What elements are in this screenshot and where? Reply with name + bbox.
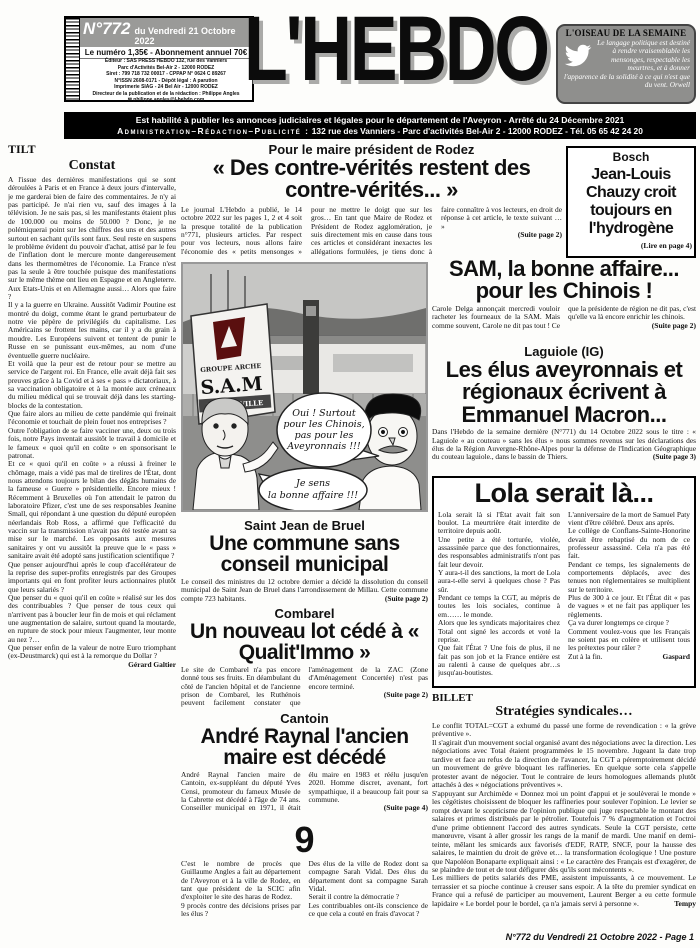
paragraph: Lola serait là si l'État avait fait son … — [438, 511, 560, 536]
page-footer: N°772 du Vendredi 21 Octobre 2022 - Page… — [506, 932, 694, 942]
paragraph: Le collège de Conflans-Sainte-Honorine d… — [568, 527, 690, 560]
bubble-line: Oui ! Surtout — [292, 408, 356, 419]
paragraph: Pendant ce temps la CGT, au mépris de to… — [438, 594, 560, 619]
laguiole-article: Laguiole (IG) Les élus aveyronnais et ré… — [432, 344, 696, 462]
article-kicker: Cantoin — [181, 711, 428, 726]
tilt-title: Constat — [8, 158, 176, 174]
article-body: Le conseil des ministres du 12 octobre d… — [181, 578, 428, 603]
billet-label: BILLET — [432, 692, 696, 704]
newspaper-front-page: N°772 du Vendredi 21 Octobre 2022 Le num… — [0, 0, 700, 948]
paragraph: Une petite a été torturée, violée, assas… — [438, 536, 560, 569]
paragraph: Plus de 300 à ce jour. Et l'État dit « p… — [568, 594, 690, 619]
continued-on-page: (Suite page 4) — [309, 804, 429, 813]
article-headline: Les élus aveyronnais et régionaux écrive… — [432, 359, 696, 426]
paragraph: Il s'agirait d'un mouvement social organ… — [432, 739, 696, 790]
article-body: Le site de Combarel n'a pas encore donné… — [181, 666, 428, 708]
cantoin-article: Cantoin André Raynal l'ancien maire est … — [181, 711, 428, 813]
bird-of-the-week-box: L'OISEAU DE LA SEMAINE Le langage politi… — [556, 24, 696, 104]
paragraph: Alors que les syndicats majoritaires che… — [438, 619, 560, 644]
paragraph: Les contribuables ont-ils conscience de … — [309, 902, 429, 919]
bubble-line: la bonne affaire !!! — [268, 490, 358, 501]
continued-on-page: (Suite page 2) — [441, 231, 562, 240]
article-kicker: Saint Jean de Bruel — [181, 518, 428, 533]
tilt-label: TILT — [8, 142, 176, 157]
newspaper-title: L'HEBDO — [244, 0, 548, 104]
article-kicker: Combarel — [181, 606, 428, 621]
paragraph: Que faire alors au milieu de cette pandé… — [8, 410, 176, 427]
legal-banner: Est habilité à publier les annonces judi… — [64, 112, 696, 139]
paragraph: 9 procès contre des décisions prises par… — [181, 902, 301, 919]
article-headline: André Raynal l'ancien maire est décédé — [181, 726, 428, 769]
article-kicker: Bosch — [570, 150, 692, 164]
big-number: 9 — [181, 822, 428, 858]
lola-article-box: Lola serait là... Lola serait là si l'Ét… — [432, 476, 696, 688]
tilt-editorial: TILT Constat A l'issue des dernières man… — [8, 142, 176, 942]
article-headline: SAM, la bonne affaire... pour les Chinoi… — [432, 258, 696, 303]
banner-contact-rest: 132 rue des Vanniers - Parc d'activités … — [312, 126, 643, 136]
issue-header: N°772 du Vendredi 21 Octobre 2022 — [80, 18, 252, 47]
billet-column: BILLET Stratégies syndicales… Le conflit… — [432, 692, 696, 908]
paragraph: Des élus de la ville de Rodez dont sa co… — [309, 860, 429, 893]
sam-article: SAM, la bonne affaire... pour les Chinoi… — [432, 258, 696, 330]
continued-on-page: (Suite page 3) — [653, 453, 696, 461]
paragraph: Que penser aujourd'hui après le coup d'a… — [8, 561, 176, 594]
bird-box-title: L'OISEAU DE LA SEMAINE — [562, 28, 690, 38]
issue-info: N°772 du Vendredi 21 Octobre 2022 Le num… — [80, 18, 252, 100]
paragraph: Zut à la fin. Gaspard — [568, 653, 690, 661]
paragraph: Et voilà que la peur est de retour pour … — [8, 360, 176, 410]
twitter-bird-icon — [562, 44, 592, 68]
nine-lawsuits-item: 9 C'est le nombre de procès que Guillaum… — [181, 822, 428, 919]
bubble-line: pas pour les — [295, 430, 354, 441]
read-on-page: (Lire en page 4) — [570, 241, 692, 250]
author-signature: Gaspard — [662, 653, 690, 661]
sam-factory-cartoon: GROUPE ARCHE S.A.M DECAZEVILLE — [181, 262, 428, 512]
article-body: C'est le nombre de procès que Guillaume … — [181, 860, 428, 919]
author-signature: Tempy — [674, 900, 696, 908]
issue-date: du Vendredi 21 Octobre 2022 — [134, 26, 249, 46]
legal-banner-line2: Administration–Rédaction–Publicité : 132… — [64, 126, 696, 136]
continued-on-page: (Suite page 2) — [385, 595, 428, 603]
tilt-body: A l'issue des dernières manifestations q… — [8, 176, 176, 661]
billet-body: Le conflit TOTAL=CGT a exhumé du passé u… — [432, 722, 696, 908]
paragraph: Dans l'Hebdo de la semaine dernière (N°7… — [432, 428, 696, 461]
continued-on-page: (Suite page 2) — [309, 691, 429, 700]
billet-title: Stratégies syndicales… — [432, 704, 696, 720]
bosch-teaser-box: Bosch Jean-Louis Chauzy croit toujours e… — [566, 146, 696, 258]
article-body: Carole Delga annonçait mercredi vouloir … — [432, 305, 696, 330]
paragraph: Les milliers de petits salariés des PME,… — [432, 874, 696, 908]
imprint-line: Éditeur : SAS PRESS HEBDO 132, rue des V… — [80, 59, 252, 65]
article-headline: Un nouveau lot cédé à « Qualit'Immo » — [181, 621, 428, 664]
paragraph: Outre l'obligation de se faire vacciner … — [8, 427, 176, 460]
imprint-line: Siret : 799 718 732 00017 - CPPAP N° 062… — [80, 72, 252, 78]
paragraph: C'est le nombre de procès que Guillaume … — [181, 860, 301, 902]
author-signature: Gérard Galtier — [128, 661, 176, 669]
article-headline: Une commune sans conseil municipal — [181, 533, 428, 576]
speech-bubble-left: Je sens la bonne affaire !!! — [259, 468, 367, 510]
paragraph: Le conflit TOTAL=CGT a exhumé du passé u… — [432, 722, 696, 739]
rodez-mayor-article: Pour le maire président de Rodez « Des c… — [181, 142, 562, 266]
paragraph: Il y a la guerre en Ukraine. Aussitôt Va… — [8, 301, 176, 360]
continued-on-page: (Suite page 2) — [568, 322, 696, 331]
article-body: Dans l'Hebdo de la semaine dernière (N°7… — [432, 428, 696, 461]
contact-email: ✉ philippe.angles@l-hebdo.com — [80, 98, 252, 104]
bubble-line: Aveyronnais !!! — [286, 441, 361, 452]
paragraph: Y aura-t-il des sanctions, la mort de Lo… — [438, 569, 560, 594]
paragraph: Le site de Combarel n'a pas encore donné… — [181, 666, 428, 708]
issue-info-box: N°772 du Vendredi 21 Octobre 2022 Le num… — [64, 16, 254, 102]
sign-sam: S.A.M — [200, 373, 263, 399]
bubble-line: pour les Chinois, — [283, 419, 364, 430]
paragraph: S'appuyant sur Archimède « Donnez moi un… — [432, 790, 696, 875]
legal-banner-line1: Est habilité à publier les annonces judi… — [64, 115, 696, 125]
paragraph: Le conseil des ministres du 12 octobre d… — [181, 578, 428, 603]
saint-jean-article: Saint Jean de Bruel Une commune sans con… — [181, 518, 428, 603]
paragraph: Comment voulez-vous que les Français ne … — [568, 628, 690, 653]
barcode-icon — [66, 18, 80, 100]
article-headline: « Des contre-vérités restent des contre-… — [181, 157, 562, 202]
bubble-line: Je sens — [294, 478, 330, 489]
paragraph: Que penser du « quoi qu'il en coûte » ré… — [8, 594, 176, 644]
paragraph: Pendant ce temps, les signalements de co… — [568, 561, 690, 594]
cartoon-illustration: GROUPE ARCHE S.A.M DECAZEVILLE — [183, 264, 426, 510]
paragraph: L'anniversaire de la mort de Samuel Paty… — [568, 511, 690, 528]
paragraph: A l'issue des dernières manifestations q… — [8, 176, 176, 301]
article-body: Lola serait là si l'État avait fait son … — [438, 511, 690, 679]
issue-number: N°772 — [83, 19, 130, 39]
paragraph: Et ce « quoi qu'il en coûte » a réussi à… — [8, 460, 176, 560]
imprint-block: Éditeur : SAS PRESS HEBDO 132, rue des V… — [80, 59, 252, 104]
imprint-line: Imprimerie SIAG - 24 Bel Air - 12000 ROD… — [80, 85, 252, 91]
article-headline: Jean-Louis Chauzy croit toujours en l'hy… — [570, 166, 692, 238]
paragraph: Que penser enfin de la valeur de notre E… — [8, 644, 176, 661]
article-body: André Raynal l'ancien maire de Cantoin, … — [181, 771, 428, 813]
combarel-article: Combarel Un nouveau lot cédé à « Qualit'… — [181, 606, 428, 708]
envelope-icon: ✉ — [128, 97, 132, 103]
banner-contact-label: Administration–Rédaction–Publicité : — [117, 126, 309, 136]
paragraph: Que fait l'État ? Une fois de plus, il n… — [438, 644, 560, 677]
article-headline: Lola serait là... — [438, 480, 690, 508]
